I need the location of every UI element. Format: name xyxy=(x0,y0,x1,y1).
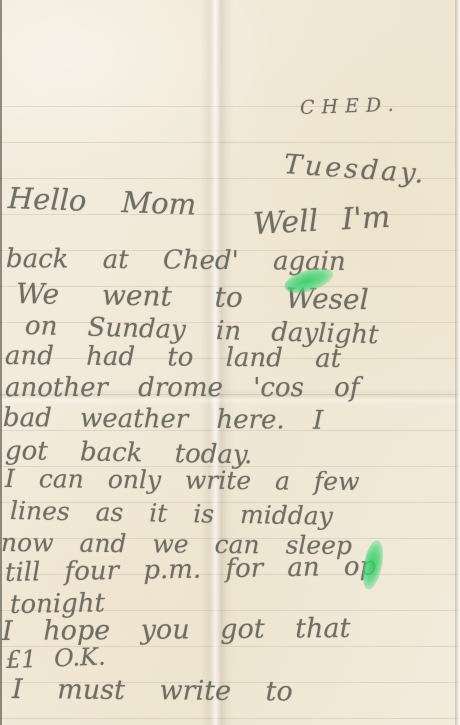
handwriting-line: I hope you got that xyxy=(2,613,351,647)
handwriting-line: £1 O.K. xyxy=(6,643,107,674)
handwriting-line: bad weather here. I xyxy=(3,403,323,436)
scan-edge-right xyxy=(455,0,460,725)
letter-scan: CHED. Tuesday. Hello Mom Well I'm back a… xyxy=(0,0,460,725)
letter-salutation: Hello Mom xyxy=(7,181,196,222)
handwriting-line: lines as it is midday xyxy=(10,496,333,531)
handwriting-line: I must write to xyxy=(12,674,293,707)
handwriting-line: and had to land at xyxy=(5,341,341,374)
handwriting-line: back at Ched' again xyxy=(6,244,346,277)
letter-heading-location: CHED. xyxy=(300,93,401,118)
handwriting-line: I can only write a few xyxy=(5,464,360,496)
scan-edge-left xyxy=(0,0,2,725)
handwriting-line: Well I'm xyxy=(252,200,391,242)
handwriting-line: another drome 'cos of xyxy=(5,373,359,403)
